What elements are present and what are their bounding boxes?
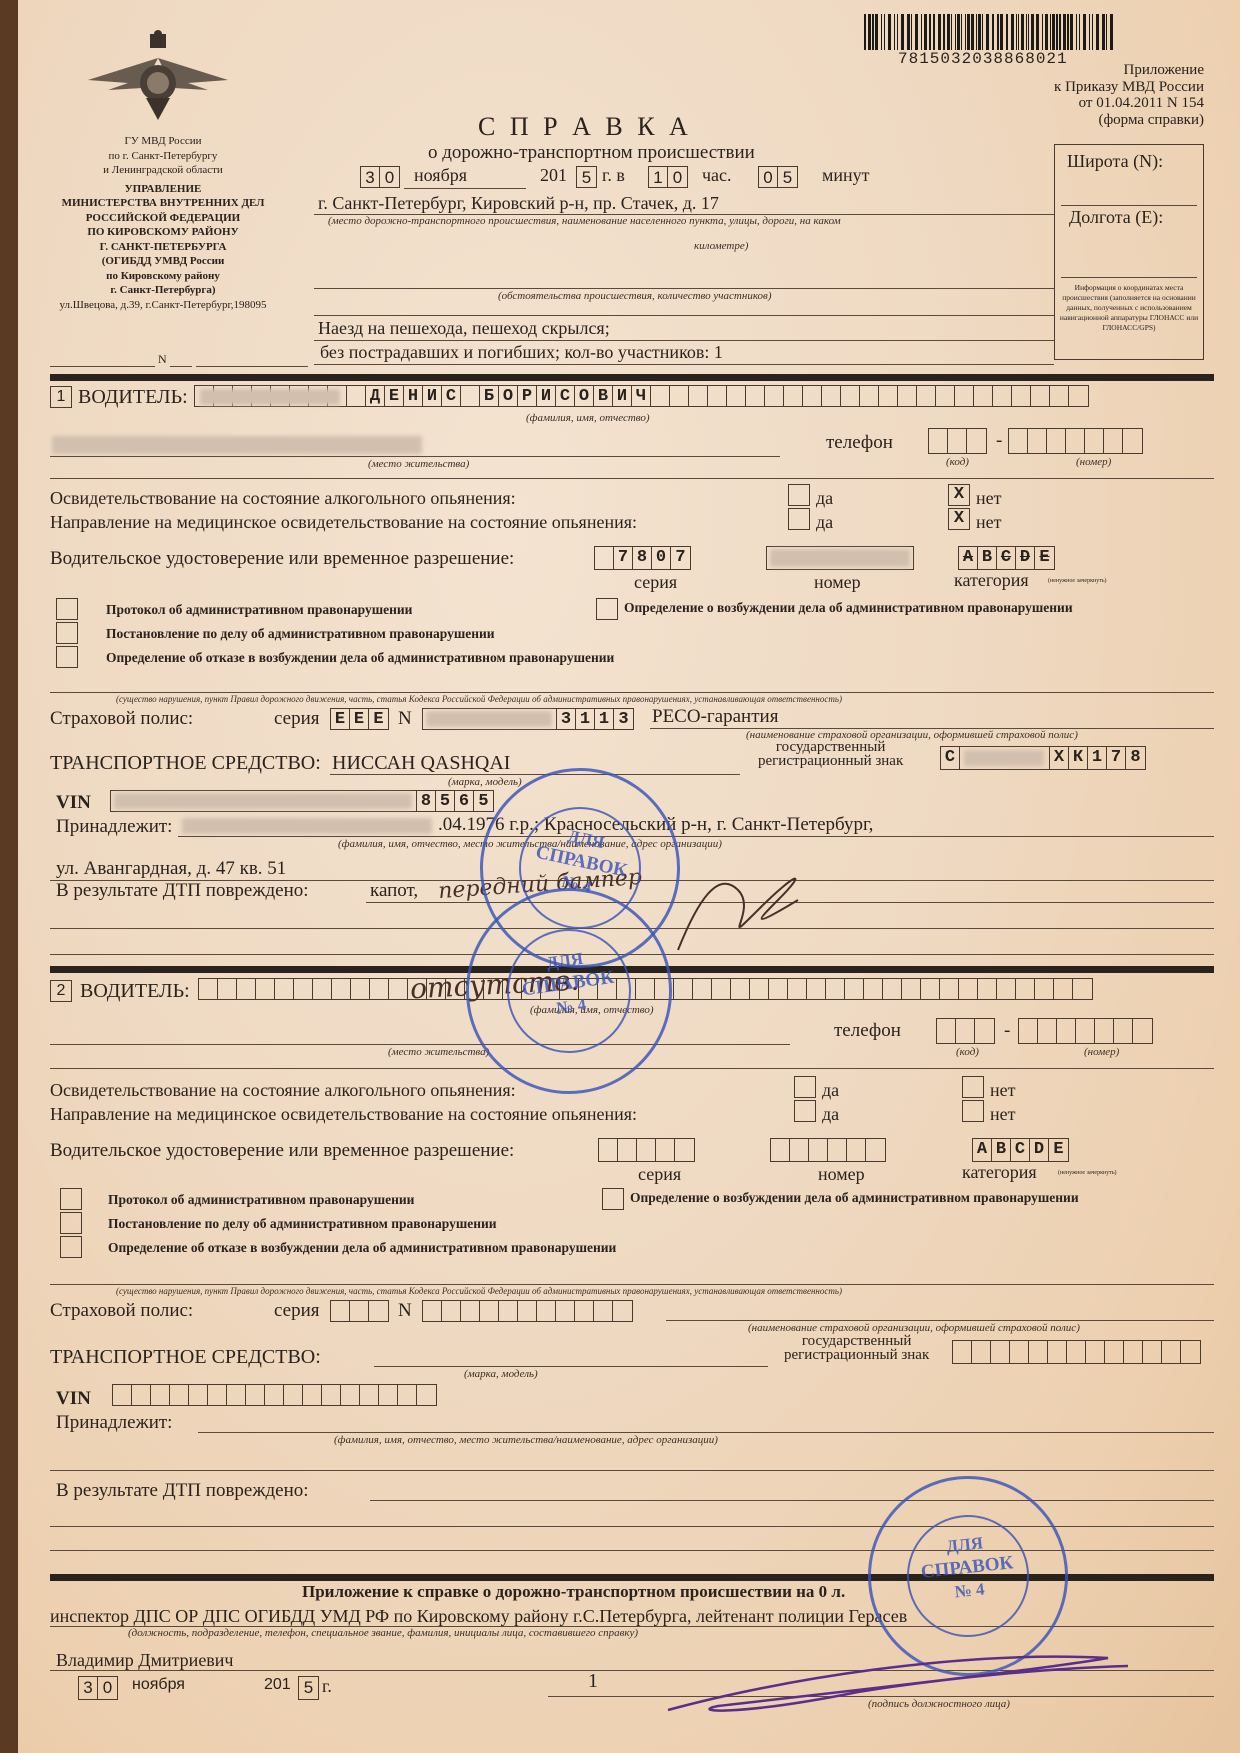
driver2-license-number[interactable] <box>770 1138 886 1162</box>
refusal-label: Определение об отказе в возбуждении дела… <box>106 650 614 666</box>
name-caption: (фамилия, имя, отчество) <box>526 412 650 424</box>
driver2-phone-number[interactable] <box>1018 1018 1153 1044</box>
no-label: нет <box>990 1104 1016 1125</box>
driver1-decision-checkbox[interactable] <box>56 622 78 644</box>
driver2-medical-yes-checkbox[interactable] <box>794 1100 816 1122</box>
insurance-series-label: серия <box>274 708 320 730</box>
vehicle-label: ТРАНСПОРТНОЕ СРЕДСТВО: <box>50 1346 321 1369</box>
insurance-series-label: серия <box>274 1300 320 1322</box>
no-label: нет <box>976 488 1002 509</box>
footer-day-field[interactable]: 30 <box>78 1676 118 1700</box>
license-label: Водительское удостоверение или временное… <box>50 548 514 570</box>
medical-referral-label: Направление на медицинское освидетельств… <box>50 512 637 533</box>
redacted-policy-number <box>426 711 552 727</box>
driver2-decision-checkbox[interactable] <box>60 1212 82 1234</box>
signature-2-icon <box>658 1640 1138 1720</box>
phone-number-caption: (номер) <box>1084 1046 1119 1058</box>
signature-1-icon <box>658 860 818 970</box>
phone-code-caption: (код) <box>946 456 969 468</box>
driver2-refusal-checkbox[interactable] <box>60 1236 82 1258</box>
driver1-alcohol-no-checkbox[interactable]: X <box>948 484 970 506</box>
appendix-note: Приложение к Приказу МВД России от 01.04… <box>1054 62 1204 128</box>
circumstances-line-1[interactable]: Наезд на пешехода, пешеход скрылся; <box>318 318 610 339</box>
redacted-plate <box>964 750 1044 766</box>
driver2-license-series[interactable] <box>598 1138 695 1162</box>
footer-year-suffix: г. <box>322 1676 332 1697</box>
driver1-medical-no-checkbox[interactable]: X <box>948 508 970 530</box>
barcode-icon <box>864 14 1124 54</box>
alcohol-test-label: Освидетельствование на состояние алкогол… <box>50 488 516 509</box>
driver1-initiation-checkbox[interactable] <box>596 598 618 620</box>
license-label: Водительское удостоверение или временное… <box>50 1140 514 1162</box>
category-note: (ненужное зачеркнуть) <box>1058 1170 1117 1176</box>
appendix-title: Приложение к справке о дорожно-транспорт… <box>302 1582 845 1602</box>
year-prefix: 201 <box>540 165 567 186</box>
day-field[interactable]: 30 <box>360 166 400 188</box>
inspector-name[interactable]: Владимир Дмитриевич <box>56 1650 234 1671</box>
footer-year-digit[interactable]: 5 <box>298 1676 319 1700</box>
vin-label: VIN <box>56 1388 91 1410</box>
location-caption: (место дорожно-транспортного происшестви… <box>328 215 841 227</box>
ref-number-label: N <box>158 352 167 367</box>
series-caption: серия <box>638 1164 681 1185</box>
driver1-phone-number[interactable] <box>1008 428 1143 454</box>
refusal-label: Определение об отказе в возбуждении дела… <box>108 1240 616 1256</box>
no-label: нет <box>976 512 1002 533</box>
year-digit-field[interactable]: 5 <box>576 166 597 188</box>
driver1-label: ВОДИТЕЛЬ: <box>78 386 188 409</box>
driver1-alcohol-yes-checkbox[interactable] <box>788 484 810 506</box>
location-caption-2: километре) <box>694 240 748 252</box>
phone-number-caption: (номер) <box>1076 456 1111 468</box>
insurance-label: Страховой полис: <box>50 708 193 730</box>
org-line: по г. Санкт-Петербургу <box>38 149 288 164</box>
driver2-protocol-checkbox[interactable] <box>60 1188 82 1210</box>
minute-label: минут <box>822 165 870 186</box>
vehicle-caption: (марка, модель) <box>464 1368 538 1380</box>
damage-label: В результате ДТП повреждено: <box>56 880 309 902</box>
insurance-label: Страховой полис: <box>50 1300 193 1322</box>
initiation-label: Определение о возбуждении дела об админи… <box>624 600 1073 616</box>
latitude-label: Широта (N): <box>1067 151 1163 172</box>
coordinates-box: Широта (N): Долгота (E): Информация о ко… <box>1054 144 1204 360</box>
coordinates-note: Информация о координатах места происшест… <box>1059 283 1199 333</box>
redacted-license-number <box>770 549 910 567</box>
driver2-insurance-number[interactable] <box>422 1300 633 1322</box>
minute-field[interactable]: 05 <box>758 166 798 188</box>
driver2-vin-field[interactable] <box>112 1384 437 1406</box>
protocol-label: Протокол об административном правонаруше… <box>108 1192 414 1208</box>
owner-address[interactable]: ул. Авангардная, д. 47 кв. 51 <box>56 858 286 880</box>
driver1-refusal-checkbox[interactable] <box>56 646 78 668</box>
circumstances-line-2[interactable]: без пострадавших и погибших; кол-во учас… <box>320 342 723 363</box>
appendix-line: от 01.04.2011 N 154 <box>1054 95 1204 112</box>
number-caption: номер <box>814 572 861 593</box>
driver2-initiation-checkbox[interactable] <box>602 1188 624 1210</box>
month-value[interactable]: ноября <box>414 165 467 186</box>
number-caption: номер <box>818 1164 865 1185</box>
plate-label-1: государственный <box>758 740 903 754</box>
redacted-surname <box>200 389 340 405</box>
insurer-value[interactable]: РЕСО-гарантия <box>652 706 778 728</box>
org-line: МИНИСТЕРСТВА ВНУТРЕННИХ ДЕЛ <box>38 196 288 211</box>
driver1-license-categories[interactable]: ABCDE <box>958 546 1055 570</box>
inspector-value[interactable]: инспектор ДПС ОР ДПС ОГИБДД УМД РФ по Ки… <box>50 1606 907 1627</box>
driver1-insurance-series[interactable]: EEE <box>330 708 389 730</box>
year-suffix: г. в <box>602 165 625 186</box>
driver1-phone-code[interactable] <box>928 428 987 454</box>
category-caption: категория <box>962 1162 1037 1183</box>
initiation-label: Определение о возбуждении дела об админи… <box>630 1190 1079 1206</box>
hour-field[interactable]: 10 <box>648 166 688 188</box>
hour-label: час. <box>702 165 732 186</box>
violation-caption: (существо нарушения, пункт Правил дорожн… <box>116 1286 842 1296</box>
org-line: РОССИЙСКОЙ ФЕДЕРАЦИИ <box>38 211 288 226</box>
plate-label-2: регистрационный знак <box>784 1348 929 1362</box>
owner-label: Принадлежит: <box>56 1412 172 1434</box>
driver2-phone-code[interactable] <box>936 1018 995 1044</box>
document-title: С П Р А В К А <box>478 112 692 142</box>
org-header: ГУ МВД России по г. Санкт-Петербургу и Л… <box>38 134 288 312</box>
org-line: УПРАВЛЕНИЕ <box>38 182 288 197</box>
yes-label: да <box>816 488 833 509</box>
owner-caption: (фамилия, имя, отчество, место жительств… <box>334 1434 718 1446</box>
violation-caption: (существо нарушения, пункт Правил дорожн… <box>116 694 842 704</box>
org-line: (ОГИБДД УМВД России <box>38 254 288 269</box>
accident-certificate-page: ГУ МВД России по г. Санкт-Петербургу и Л… <box>18 0 1240 1753</box>
plate-label: государственный регистрационный знак <box>784 1334 929 1362</box>
residence-caption: (место жительства) <box>368 458 469 470</box>
vehicle-caption: (марка, модель) <box>448 776 522 788</box>
driver1-medical-yes-checkbox[interactable] <box>788 508 810 530</box>
appendix-line: Приложение <box>1054 62 1204 79</box>
redacted-residence <box>52 436 422 454</box>
vehicle-label: ТРАНСПОРТНОЕ СРЕДСТВО: <box>50 752 321 775</box>
redacted-owner-name <box>182 818 432 834</box>
insurance-n-label: N <box>398 708 412 730</box>
plate-label: государственный регистрационный знак <box>758 740 903 768</box>
driver2-alcohol-yes-checkbox[interactable] <box>794 1076 816 1098</box>
phone-code-caption: (код) <box>956 1046 979 1058</box>
damage-value[interactable]: капот, <box>370 880 418 902</box>
driver2-medical-no-checkbox[interactable] <box>962 1100 984 1122</box>
insurance-n-label: N <box>398 1300 412 1322</box>
longitude-label: Долгота (E): <box>1069 207 1163 228</box>
redacted-vin <box>114 793 412 809</box>
driver2-plate-field[interactable] <box>952 1340 1201 1364</box>
plate-label-1: государственный <box>784 1334 929 1348</box>
plate-label-2: регистрационный знак <box>758 754 903 768</box>
driver2-label: ВОДИТЕЛЬ: <box>80 980 190 1003</box>
driver2-license-categories[interactable]: ABCDE <box>972 1138 1069 1162</box>
barcode-number: 7815032038868021 <box>898 50 1068 68</box>
medical-referral-label: Направление на медицинское освидетельств… <box>50 1104 637 1125</box>
circumstances-caption: (обстоятельства происшествия, количество… <box>498 290 772 302</box>
yes-label: да <box>822 1080 839 1101</box>
driver1-number: 1 <box>50 386 72 408</box>
signature-mark: 1 <box>588 1670 598 1693</box>
appendix-line: к Приказу МВД России <box>1054 79 1204 96</box>
vehicle-value[interactable]: НИССАН QASHQAI <box>332 752 510 775</box>
footer-year-prefix: 201 <box>264 1676 291 1694</box>
inspector-caption: (должность, подразделение, телефон, спец… <box>128 1627 638 1639</box>
protocol-label: Протокол об административном правонаруше… <box>106 602 412 618</box>
yes-label: да <box>822 1104 839 1125</box>
category-caption: категория <box>954 570 1029 591</box>
phone-label: телефон <box>826 432 893 454</box>
driver2-number: 2 <box>50 980 72 1002</box>
appendix-line: (форма справки) <box>1054 112 1204 129</box>
category-note: (ненужное зачеркнуть) <box>1048 578 1107 584</box>
org-line: г. Санкт-Петербурга) <box>38 283 288 298</box>
org-address: ул.Швецова, д.39, г.Санкт-Петербург,1980… <box>38 298 288 313</box>
driver1-protocol-checkbox[interactable] <box>56 598 78 620</box>
org-line: по Кировскому району <box>38 269 288 284</box>
no-label: нет <box>990 1080 1016 1101</box>
phone-label: телефон <box>834 1020 901 1042</box>
insurer-caption: (наименование страховой организации, офо… <box>748 1322 1080 1334</box>
footer-month[interactable]: ноября <box>132 1676 185 1694</box>
org-line: и Ленинградской области <box>38 163 288 178</box>
org-line: ПО КИРОВСКОМУ РАЙОНУ <box>38 225 288 240</box>
org-line: ГУ МВД России <box>38 134 288 149</box>
driver2-insurance-series[interactable] <box>330 1300 389 1322</box>
series-caption: серия <box>634 572 677 593</box>
alcohol-test-label: Освидетельствование на состояние алкогол… <box>50 1080 516 1101</box>
location-value[interactable]: г. Санкт-Петербург, Кировский р-н, пр. С… <box>318 193 719 214</box>
decision-label: Постановление по делу об административно… <box>108 1216 497 1232</box>
vin-label: VIN <box>56 792 91 814</box>
decision-label: Постановление по делу об административно… <box>106 626 495 642</box>
document-subtitle: о дорожно-транспортном происшествии <box>428 142 755 164</box>
yes-label: да <box>816 512 833 533</box>
org-line: Г. САНКТ-ПЕТЕРБУРГА <box>38 240 288 255</box>
owner-label: Принадлежит: <box>56 816 172 838</box>
damage-label: В результате ДТП повреждено: <box>56 1480 309 1502</box>
mvd-eagle-emblem-icon <box>68 28 248 123</box>
driver1-license-series[interactable]: 7807 <box>594 546 691 570</box>
residence-caption: (место жительства) <box>388 1046 489 1058</box>
driver2-alcohol-no-checkbox[interactable] <box>962 1076 984 1098</box>
